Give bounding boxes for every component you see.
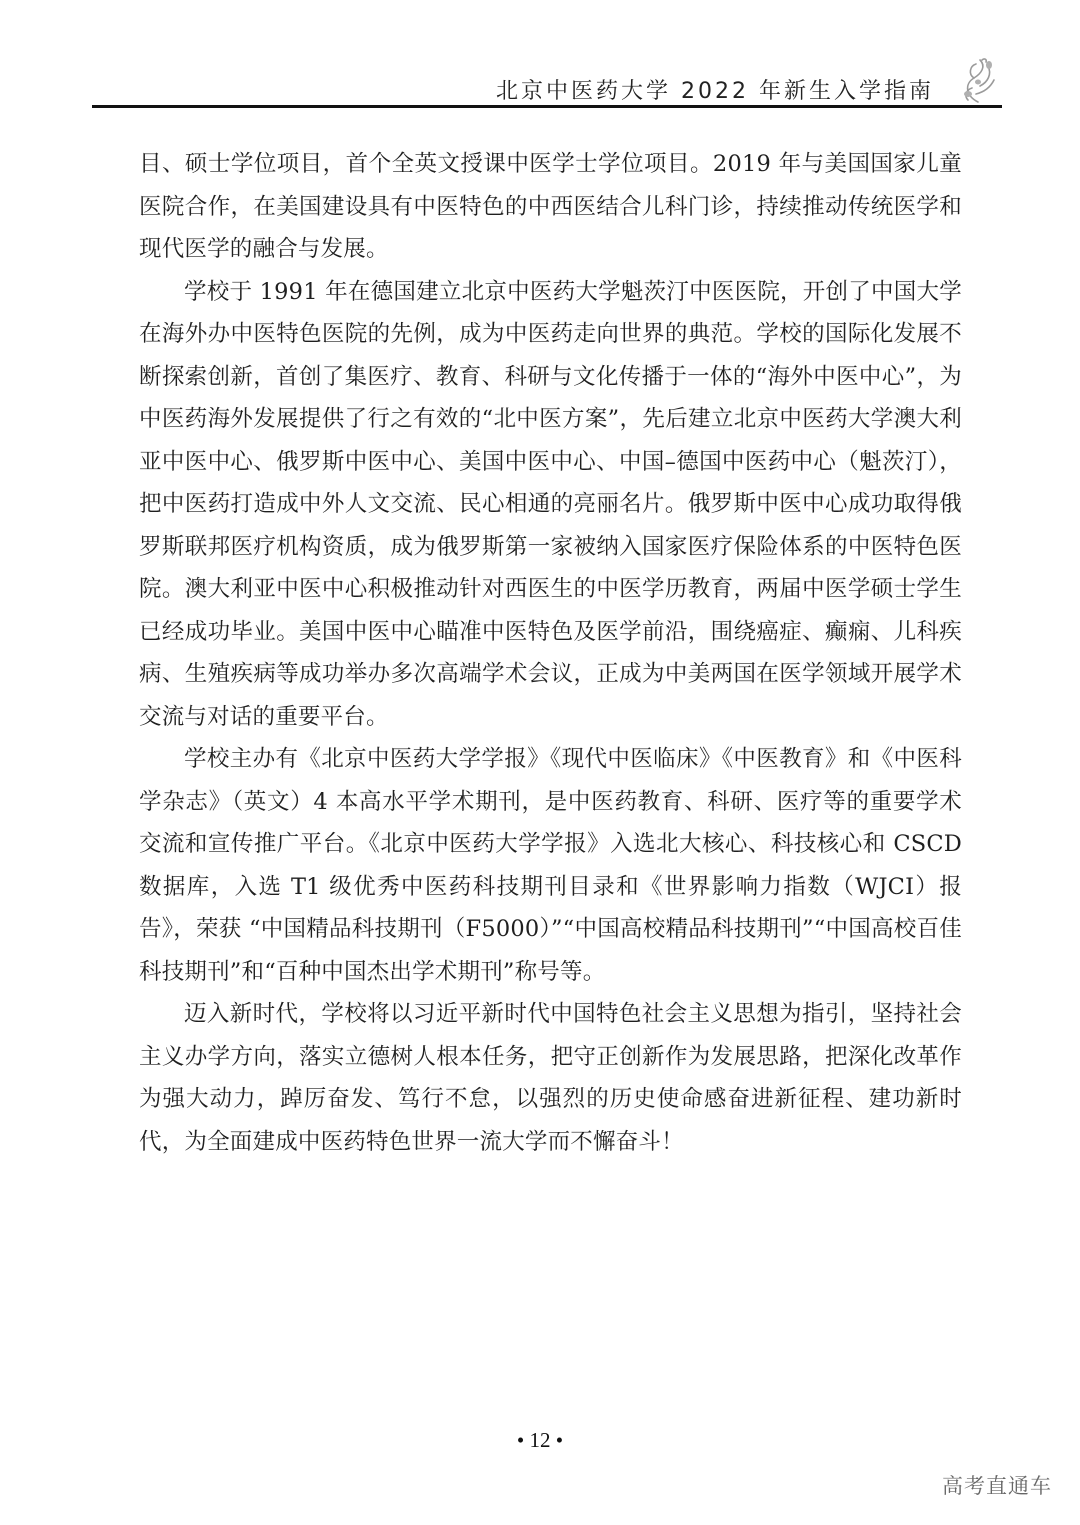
paragraph-3: 学校主办有《北京中医药大学学报》《现代中医临床》《中医教育》和《中医科学杂志》（… — [139, 738, 962, 993]
paragraph-4: 迈入新时代，学校将以习近平新时代中国特色社会主义思想为指引，坚持社会主义办学方向… — [139, 993, 962, 1163]
header-title: 北京中医药大学 2022 年新生入学指南 — [496, 74, 934, 105]
body-text: 目、硕士学位项目，首个全英文授课中医学士学位项目。2019 年与美国国家儿童医院… — [139, 143, 962, 1163]
paragraph-2: 学校于 1991 年在德国建立北京中医药大学魁茨汀中医医院，开创了中国大学在海外… — [139, 271, 962, 739]
header-divider — [92, 105, 1002, 108]
page-header: 北京中医药大学 2022 年新生入学指南 — [92, 60, 1002, 106]
floral-ornament-icon — [956, 56, 1002, 106]
page-number: • 12 • — [0, 1428, 1080, 1453]
watermark: 高考直通车 — [942, 1470, 1052, 1500]
paragraph-1: 目、硕士学位项目，首个全英文授课中医学士学位项目。2019 年与美国国家儿童医院… — [139, 143, 962, 271]
